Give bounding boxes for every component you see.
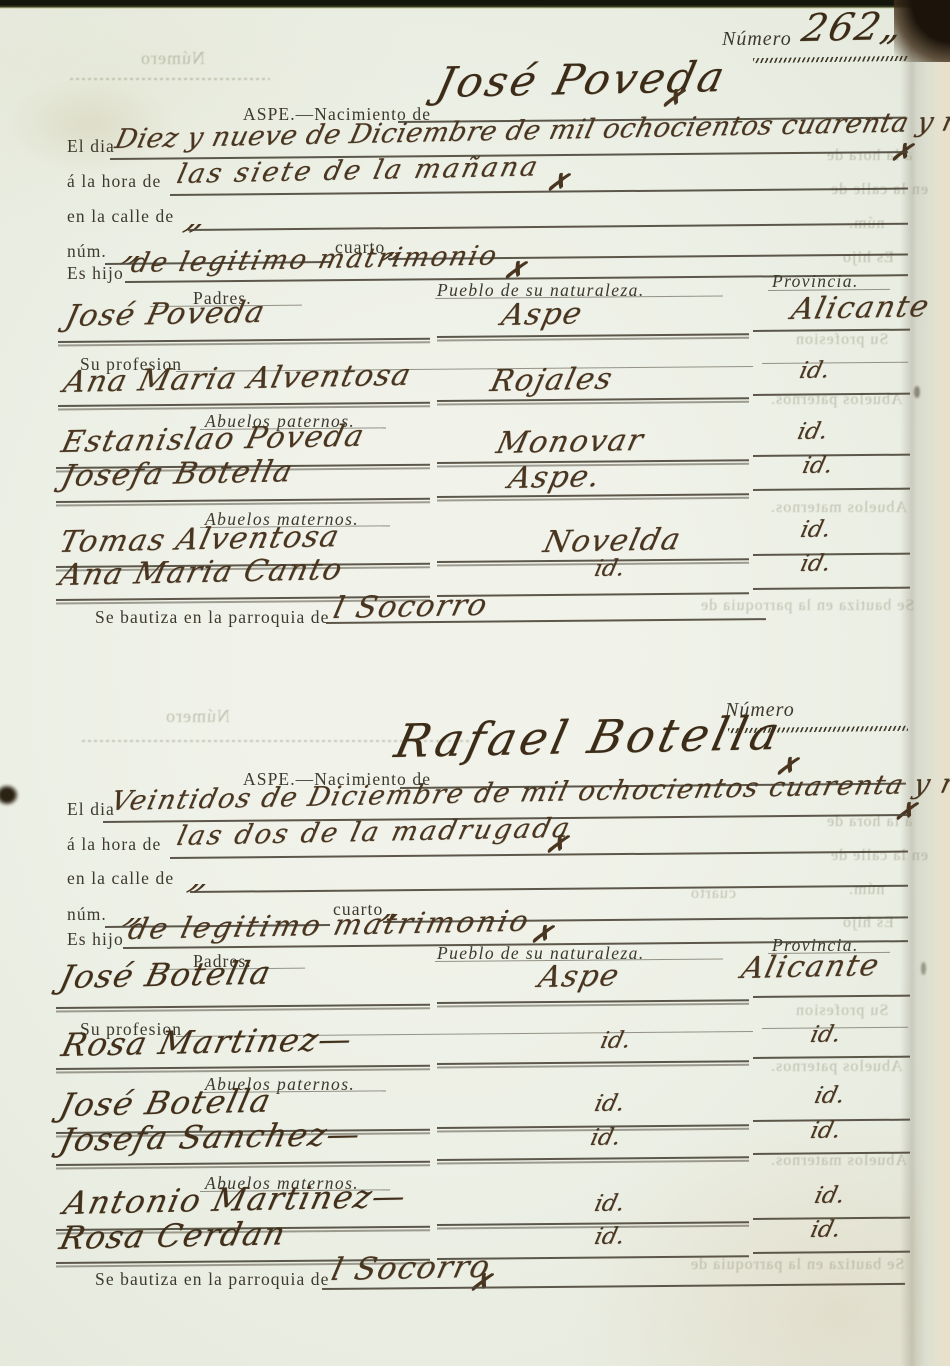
r2-mother-pueblo: id. [598, 1027, 633, 1054]
bleedthrough-label: Es hijo [842, 249, 894, 267]
bleedthrough-label: Abuelos paternos. [770, 1058, 903, 1076]
r2-mother-provincia: id. [808, 1021, 843, 1048]
rule-line [170, 851, 908, 859]
r1-father-provincia: Alicante [788, 289, 933, 327]
bleedthrough-line [70, 78, 270, 80]
r2-paternal-grandmother-pueblo: id. [588, 1124, 623, 1151]
r1-mother-provincia: id. [797, 357, 832, 384]
r1-numero-underline [753, 56, 908, 63]
r1-hora-value: las siete de la mañana [174, 151, 543, 190]
r1-hijo-value: de legitimo matrimonio [128, 240, 501, 279]
r1-mother-name: Ana Maria Alventosa [60, 358, 415, 400]
r2-father-pueblo: Aspe [535, 958, 623, 995]
r1-paternal-grandfather-pueblo: Monovar [493, 423, 648, 461]
rule-line [56, 498, 430, 503]
rule-line [58, 338, 430, 343]
r1-child-name: José Poveda [432, 52, 732, 107]
r2-calle-label: en la calle de [67, 868, 174, 889]
r2-paternal-grandmother-name: Josefa Sanchez— [56, 1115, 365, 1159]
rule-line [437, 493, 749, 497]
r2-child-name: Rafael Botella [390, 706, 788, 768]
bleedthrough-label: Abuelos maternos. [770, 1152, 907, 1170]
r2-maternal-grandmother-name: Rosa Cerdan [56, 1214, 290, 1257]
bleedthrough-label: Su profesion [795, 331, 888, 349]
bleedthrough-label: Abuelos maternos. [770, 499, 907, 517]
rule-line [753, 488, 910, 491]
r2-paternal-grandmother-provincia: id. [808, 1117, 843, 1144]
r1-calle-ditto: „ [178, 196, 220, 237]
r2-maternal-grandfather-provincia: id. [812, 1182, 847, 1209]
scanned-register-page: Número á la hora de en la calle de núm. … [0, 0, 950, 1366]
bleedthrough-label: Su profesion [795, 1002, 888, 1020]
rule-line [753, 1251, 910, 1254]
r1-numero-label: Número [722, 28, 792, 51]
rule-line [190, 885, 908, 893]
page-edge-speck [921, 962, 926, 975]
rule-line [437, 333, 749, 337]
r1-hora-flourish: ✗ [543, 167, 577, 200]
rule-line [437, 999, 749, 1003]
r1-paternal-grandmother-pueblo: Aspe. [505, 459, 605, 496]
r2-parroquia-label: Se bautiza en la parroquia de [95, 1269, 330, 1290]
rule-line [437, 1060, 749, 1064]
rule-line [753, 587, 910, 590]
r1-paternal-grandfather-provincia: id. [795, 418, 830, 445]
r2-paternal-grandfather-pueblo: id. [592, 1090, 627, 1117]
r2-hora-label: á la hora de [67, 834, 161, 855]
rule-line [56, 1004, 430, 1009]
rule-line [437, 1156, 749, 1160]
page-gutter-edge [900, 0, 950, 1366]
r1-paternal-grandfather-name: Estanislao Poveda [58, 419, 368, 460]
r2-parroquia-value: l Socorro [328, 1249, 495, 1288]
r1-hijo-label: Es hijo [67, 263, 124, 284]
r1-paternal-grandmother-name: Josefa Botella [58, 454, 297, 494]
r2-maternal-grandmother-provincia: id. [808, 1216, 843, 1243]
r1-calle-label: en la calle de [67, 206, 174, 227]
r1-maternal-grandfather-pueblo: Novelda [540, 522, 685, 560]
rule-line [56, 1161, 430, 1166]
r2-num-label: núm. [67, 904, 107, 925]
r1-numero-value: 262„ [798, 4, 909, 50]
r2-hijo-value: de legitimo matrimonio [125, 904, 534, 946]
rule-line [56, 1065, 430, 1070]
r1-mother-pueblo: Rojales [487, 361, 617, 399]
r1-father-pueblo: Aspe [498, 296, 586, 333]
r2-mother-name: Rosa Martinez— [58, 1020, 357, 1064]
page-edge-speck [914, 386, 920, 398]
r1-num-label: núm. [67, 241, 107, 262]
rule-line [58, 402, 430, 407]
rule-line [437, 558, 749, 562]
ink-blot [0, 784, 19, 806]
r1-parroquia-label: Se bautiza en la parroquia de [95, 607, 330, 628]
bleedthrough-label: Se bautiza en la parroquia de [690, 1256, 904, 1274]
r2-dia-value: Veintidos de Diciembre de mil ochociento… [108, 767, 950, 817]
r1-paternal-grandmother-provincia: id. [800, 452, 835, 479]
bleedthrough-numero: Número [165, 706, 230, 727]
r2-father-name: José Botella [56, 954, 275, 996]
rule-line [437, 397, 749, 401]
rule-line [188, 223, 908, 231]
r2-hora-value: las dos de la madrugada [174, 813, 575, 852]
rule-line [437, 1221, 749, 1225]
r1-hora-label: á la hora de [67, 171, 161, 192]
r2-father-provincia: Alicante [738, 948, 883, 986]
bleedthrough-numero: Número [140, 48, 205, 69]
r1-maternal-grandfather-provincia: id. [798, 516, 833, 543]
r1-father-name: José Poveda [62, 295, 269, 334]
rule-line [170, 188, 908, 196]
r1-maternal-grandmother-pueblo: id. [592, 555, 627, 582]
r2-maternal-grandmother-pueblo: id. [592, 1223, 627, 1250]
rule-line [753, 995, 910, 998]
bleedthrough-label: en la calle de [830, 181, 928, 199]
bleedthrough-label: en la calle de [830, 847, 928, 865]
r2-hijo-label: Es hijo [67, 929, 124, 950]
r2-paternal-grandfather-provincia: id. [812, 1082, 847, 1109]
r1-maternal-grandmother-provincia: id. [798, 550, 833, 577]
r1-maternal-grandmother-name: Ana Maria Canto [56, 552, 347, 593]
bleedthrough-label: Se bautiza en la parroquia de [700, 597, 914, 615]
rule-line [762, 362, 908, 364]
r1-dia-value: Diez y nueve de Diciembre de mil ochocie… [112, 105, 950, 155]
r1-dia-label: El dia [67, 136, 115, 157]
r2-maternal-grandfather-pueblo: id. [592, 1190, 627, 1217]
bleedthrough-label: núm. [848, 881, 884, 899]
